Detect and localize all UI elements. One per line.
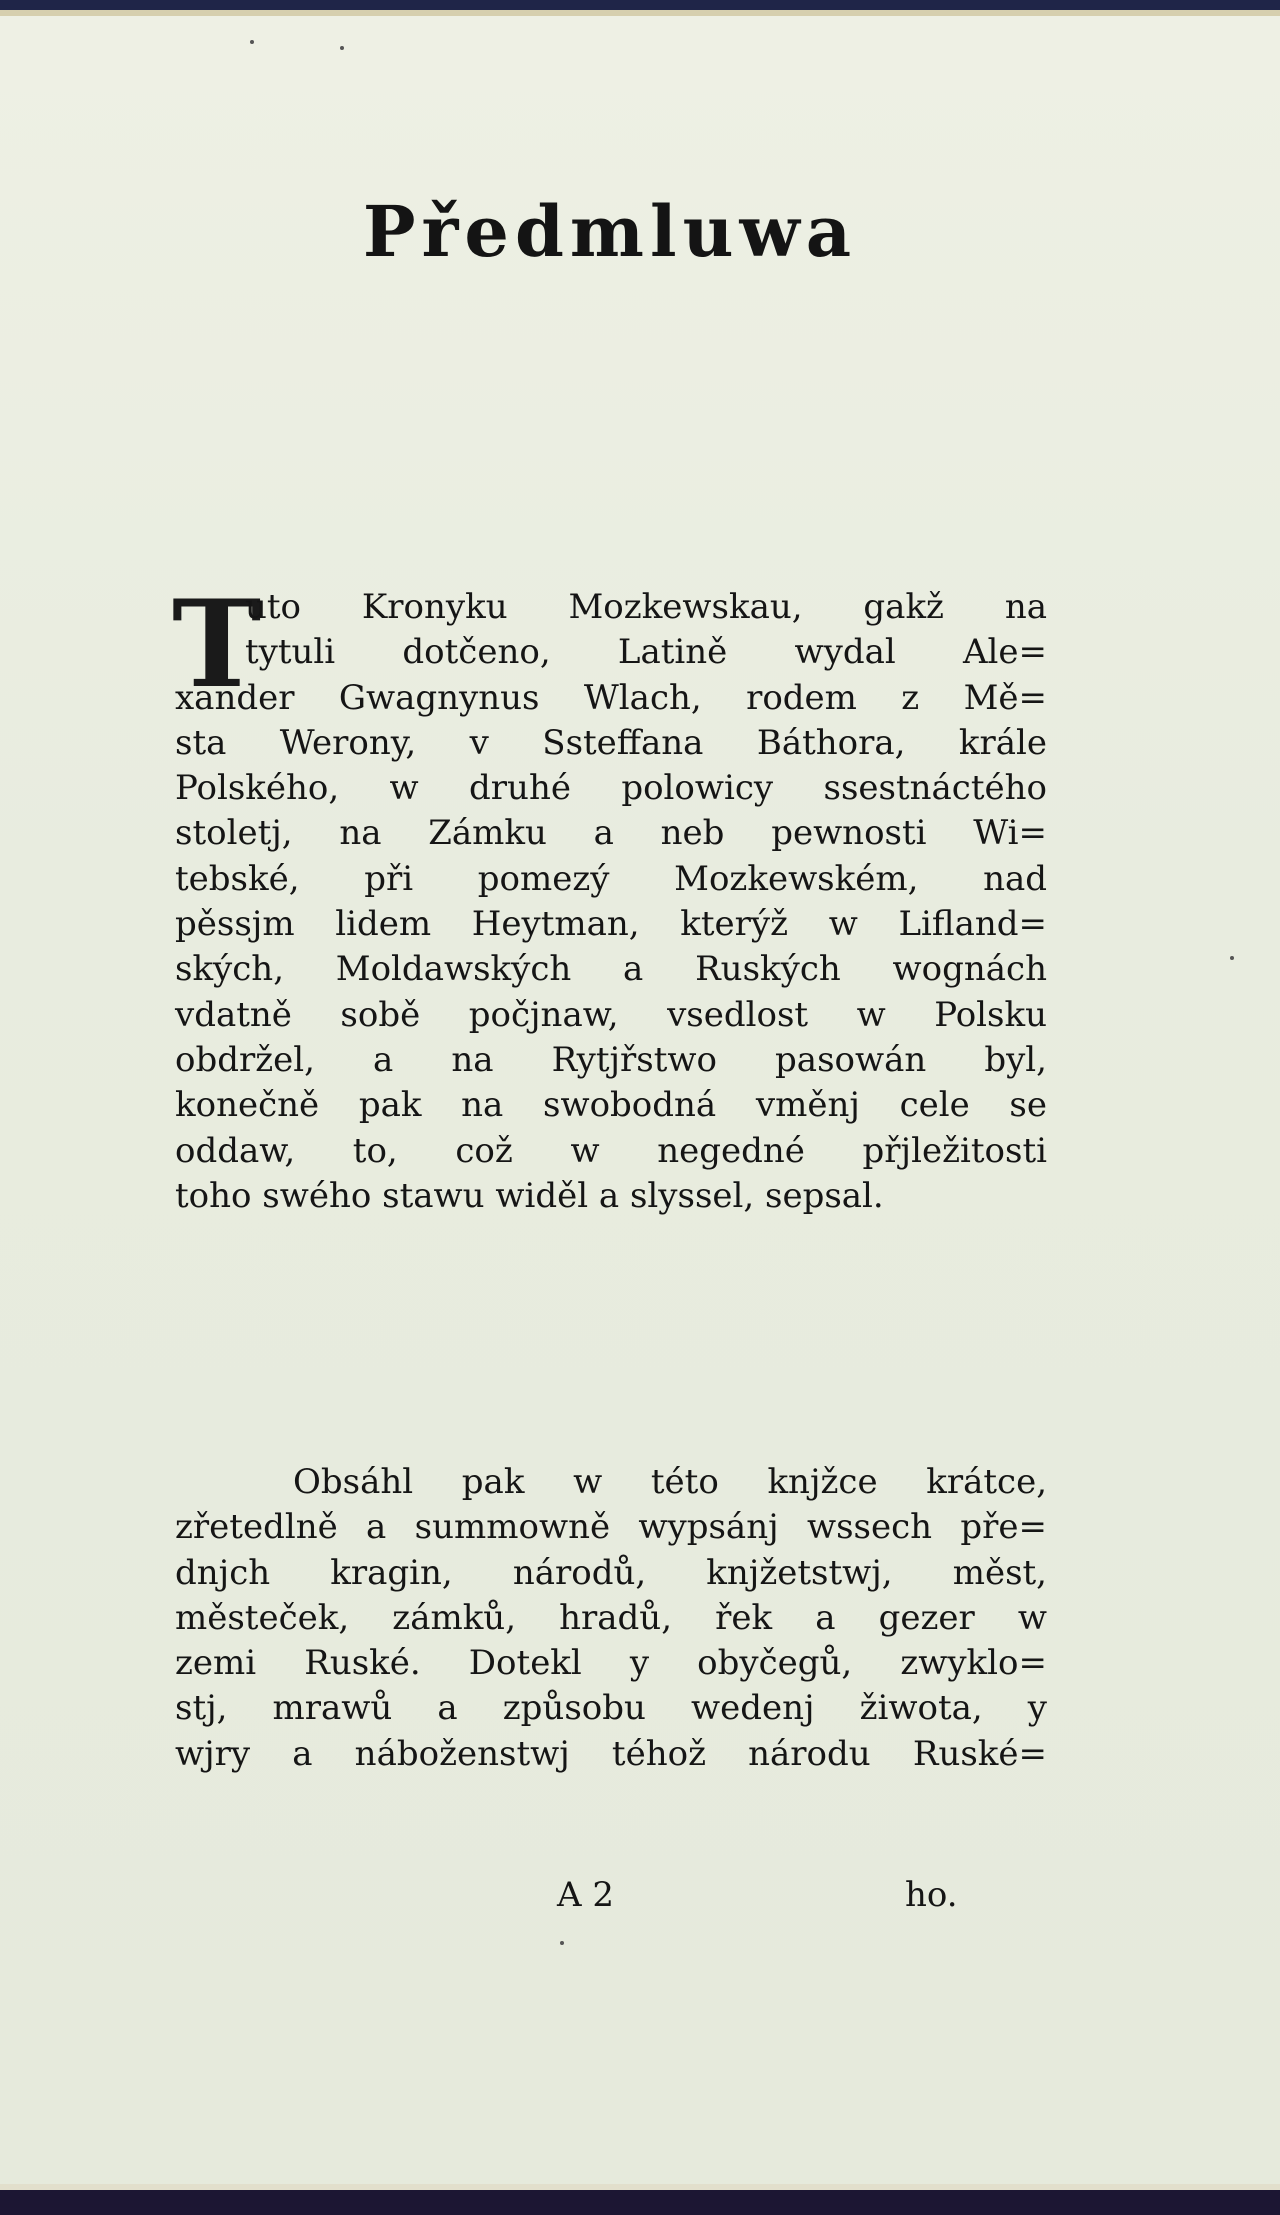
- text-line: tebské, při pomezý Mozkewském, nad: [175, 857, 1047, 902]
- text-line: xander Gwagnynus Wlach, rodem z Mě=: [175, 676, 1047, 721]
- text-line: stoletj, na Zámku a neb pewnosti Wi=: [175, 811, 1047, 856]
- text-line: zemi Ruské. Dotekl y obyčegů, zwyklo=: [175, 1641, 1047, 1686]
- text-line: oddaw, to, což w negedné přjležitosti: [175, 1129, 1047, 1174]
- paragraph-2: Obsáhl pak w této knjžce krátce, zřetedl…: [175, 1460, 1047, 1777]
- text-line: wjry a náboženstwj téhož národu Ruské=: [175, 1732, 1047, 1777]
- paper-speck: [560, 1941, 564, 1945]
- signature-mark: A 2: [557, 1875, 614, 1915]
- text-line: dnjch kragin, národů, knjžetstwj, měst,: [175, 1551, 1047, 1596]
- text-line: Polského, w druhé polowicy ssestnáctého: [175, 766, 1047, 811]
- text-line: vdatně sobě počjnaw, vsedlost w Polsku: [175, 993, 1047, 1038]
- text-line: zřetedlně a summowně wypsánj wssech pře=: [175, 1505, 1047, 1550]
- paragraph-1: uto Kronyku Mozkewskau, gakž na tytuli d…: [175, 585, 1047, 1219]
- paper-speck: [250, 40, 254, 44]
- page-title: Předmluwa: [330, 190, 890, 273]
- paper-speck: [340, 46, 344, 50]
- book-edge-bottom: [0, 2190, 1280, 2215]
- paper-speck: [1230, 956, 1234, 960]
- text-line: konečně pak na swobodná vměnj cele se: [175, 1083, 1047, 1128]
- text-line: uto Kronyku Mozkewskau, gakž na: [245, 585, 1047, 630]
- text-line: tytuli dotčeno, Latině wydal Ale=: [245, 630, 1047, 675]
- text-line: městeček, zámků, hradů, řek a gezer w: [175, 1596, 1047, 1641]
- catchword: ho.: [905, 1875, 958, 1915]
- text-line: toho swého stawu widěl a slyssel, sepsal…: [175, 1174, 1047, 1219]
- book-edge-top: [0, 0, 1280, 10]
- text-line: ských, Moldawských a Ruských wognách: [175, 947, 1047, 992]
- text-line: obdržel, a na Rytjřstwo pasowán byl,: [175, 1038, 1047, 1083]
- text-line: stj, mrawů a způsobu wedenj žiwota, y: [175, 1686, 1047, 1731]
- text-line: Obsáhl pak w této knjžce krátce,: [293, 1460, 1047, 1505]
- text-line: sta Werony, v Ssteffana Báthora, krále: [175, 721, 1047, 766]
- text-line: pěssjm lidem Heytman, kterýž w Lifland=: [175, 902, 1047, 947]
